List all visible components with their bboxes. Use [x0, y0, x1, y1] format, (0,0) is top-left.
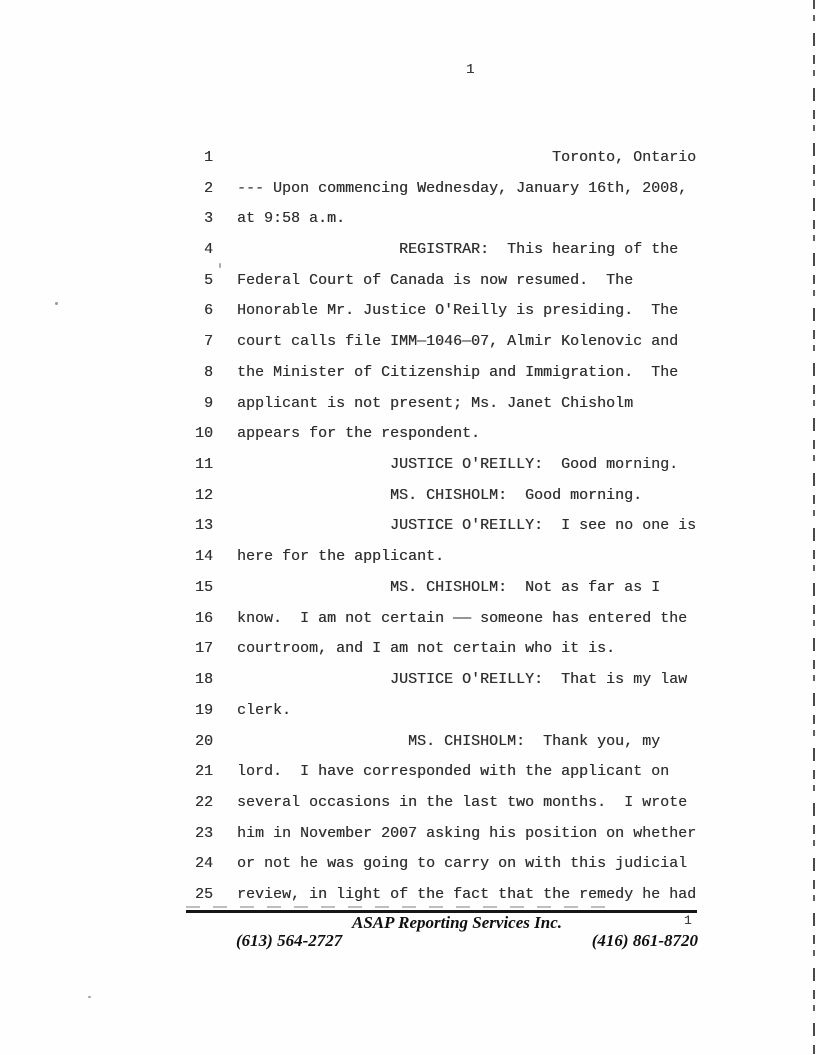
transcript-line: 13 JUSTICE O'REILLY: I see no one is	[181, 511, 741, 542]
page-number-top: 1	[466, 62, 474, 78]
transcript-line: 6Honorable Mr. Justice O'Reilly is presi…	[181, 296, 741, 327]
line-text: appears for the respondent.	[237, 425, 480, 442]
footer-page-number: 1	[684, 913, 692, 928]
transcript-line: 23him in November 2007 asking his positi…	[181, 818, 741, 849]
transcript-line: 4 REGISTRAR: This hearing of the	[181, 234, 741, 265]
line-number: 19	[181, 702, 213, 719]
line-number: 10	[181, 425, 213, 442]
line-number: 24	[181, 855, 213, 872]
line-number: 6	[181, 302, 213, 319]
line-text: JUSTICE O'REILLY: Good morning.	[237, 456, 678, 473]
footer-phone-toronto: (416) 861-8720	[592, 931, 698, 951]
transcript-line: 10appears for the respondent.	[181, 418, 741, 449]
line-number: 9	[181, 395, 213, 412]
line-text: at 9:58 a.m.	[237, 210, 345, 227]
reporter-firm-name: ASAP Reporting Services Inc.	[352, 913, 562, 933]
transcript-line: 7court calls file IMM—1046—07, Almir Kol…	[181, 326, 741, 357]
line-text: Toronto, Ontario	[237, 149, 696, 166]
transcript-line: 2--- Upon commencing Wednesday, January …	[181, 173, 741, 204]
transcript-line: 11 JUSTICE O'REILLY: Good morning.	[181, 449, 741, 480]
line-number: 11	[181, 456, 213, 473]
line-number: 21	[181, 763, 213, 780]
line-text: lord. I have corresponded with the appli…	[237, 763, 669, 780]
transcript-line: 24or not he was going to carry on with t…	[181, 849, 741, 880]
line-text: him in November 2007 asking his position…	[237, 825, 696, 842]
transcript-page: 1 1 Toronto, Ontario2--- Upon commencing…	[0, 0, 816, 1055]
line-text: JUSTICE O'REILLY: I see no one is	[237, 517, 696, 534]
scan-edge-artifact	[813, 0, 815, 1055]
line-number: 16	[181, 610, 213, 627]
line-number: 2	[181, 180, 213, 197]
line-number: 4	[181, 241, 213, 258]
transcript-line: 5Federal Court of Canada is now resumed.…	[181, 265, 741, 296]
line-number: 18	[181, 671, 213, 688]
transcript-line: 3at 9:58 a.m.	[181, 203, 741, 234]
scan-speck	[219, 263, 221, 268]
transcript-body: 1 Toronto, Ontario2--- Upon commencing W…	[181, 142, 741, 910]
line-text: the Minister of Citizenship and Immigrat…	[237, 364, 678, 381]
transcript-line: 8the Minister of Citizenship and Immigra…	[181, 357, 741, 388]
line-number: 20	[181, 733, 213, 750]
transcript-line: 14here for the applicant.	[181, 541, 741, 572]
line-number: 22	[181, 794, 213, 811]
line-text: here for the applicant.	[237, 548, 444, 565]
line-text: applicant is not present; Ms. Janet Chis…	[237, 395, 633, 412]
line-text: clerk.	[237, 702, 291, 719]
scan-speck	[55, 302, 58, 305]
line-number: 12	[181, 487, 213, 504]
line-number: 15	[181, 579, 213, 596]
line-number: 17	[181, 640, 213, 657]
line-text: or not he was going to carry on with thi…	[237, 855, 687, 872]
footer-smudge-line	[186, 906, 616, 908]
line-text: REGISTRAR: This hearing of the	[237, 241, 678, 258]
line-text: JUSTICE O'REILLY: That is my law	[237, 671, 687, 688]
line-number: 1	[181, 149, 213, 166]
line-text: know. I am not certain —— someone has en…	[237, 610, 687, 627]
transcript-line: 20 MS. CHISHOLM: Thank you, my	[181, 726, 741, 757]
line-text: Honorable Mr. Justice O'Reilly is presid…	[237, 302, 678, 319]
footer-phone-ottawa: (613) 564-2727	[236, 931, 342, 951]
line-number: 7	[181, 333, 213, 350]
line-number: 13	[181, 517, 213, 534]
line-number: 5	[181, 272, 213, 289]
transcript-line: 12 MS. CHISHOLM: Good morning.	[181, 480, 741, 511]
line-number: 23	[181, 825, 213, 842]
transcript-line: 19clerk.	[181, 695, 741, 726]
transcript-line: 21lord. I have corresponded with the app…	[181, 756, 741, 787]
transcript-line: 16know. I am not certain —— someone has …	[181, 603, 741, 634]
line-text: courtroom, and I am not certain who it i…	[237, 640, 615, 657]
scan-speck	[88, 996, 91, 998]
line-number: 3	[181, 210, 213, 227]
line-text: --- Upon commencing Wednesday, January 1…	[237, 180, 687, 197]
transcript-line: 18 JUSTICE O'REILLY: That is my law	[181, 664, 741, 695]
transcript-line: 9applicant is not present; Ms. Janet Chi…	[181, 388, 741, 419]
transcript-line: 22several occasions in the last two mont…	[181, 787, 741, 818]
line-number: 14	[181, 548, 213, 565]
line-text: Federal Court of Canada is now resumed. …	[237, 272, 633, 289]
transcript-line: 15 MS. CHISHOLM: Not as far as I	[181, 572, 741, 603]
transcript-line: 17courtroom, and I am not certain who it…	[181, 634, 741, 665]
line-text: review, in light of the fact that the re…	[237, 886, 696, 903]
transcript-line: 1 Toronto, Ontario	[181, 142, 741, 173]
line-text: MS. CHISHOLM: Thank you, my	[237, 733, 660, 750]
line-text: MS. CHISHOLM: Good morning.	[237, 487, 642, 504]
line-number: 8	[181, 364, 213, 381]
line-text: court calls file IMM—1046—07, Almir Kole…	[237, 333, 678, 350]
line-text: MS. CHISHOLM: Not as far as I	[237, 579, 660, 596]
line-number: 25	[181, 886, 213, 903]
line-text: several occasions in the last two months…	[237, 794, 687, 811]
